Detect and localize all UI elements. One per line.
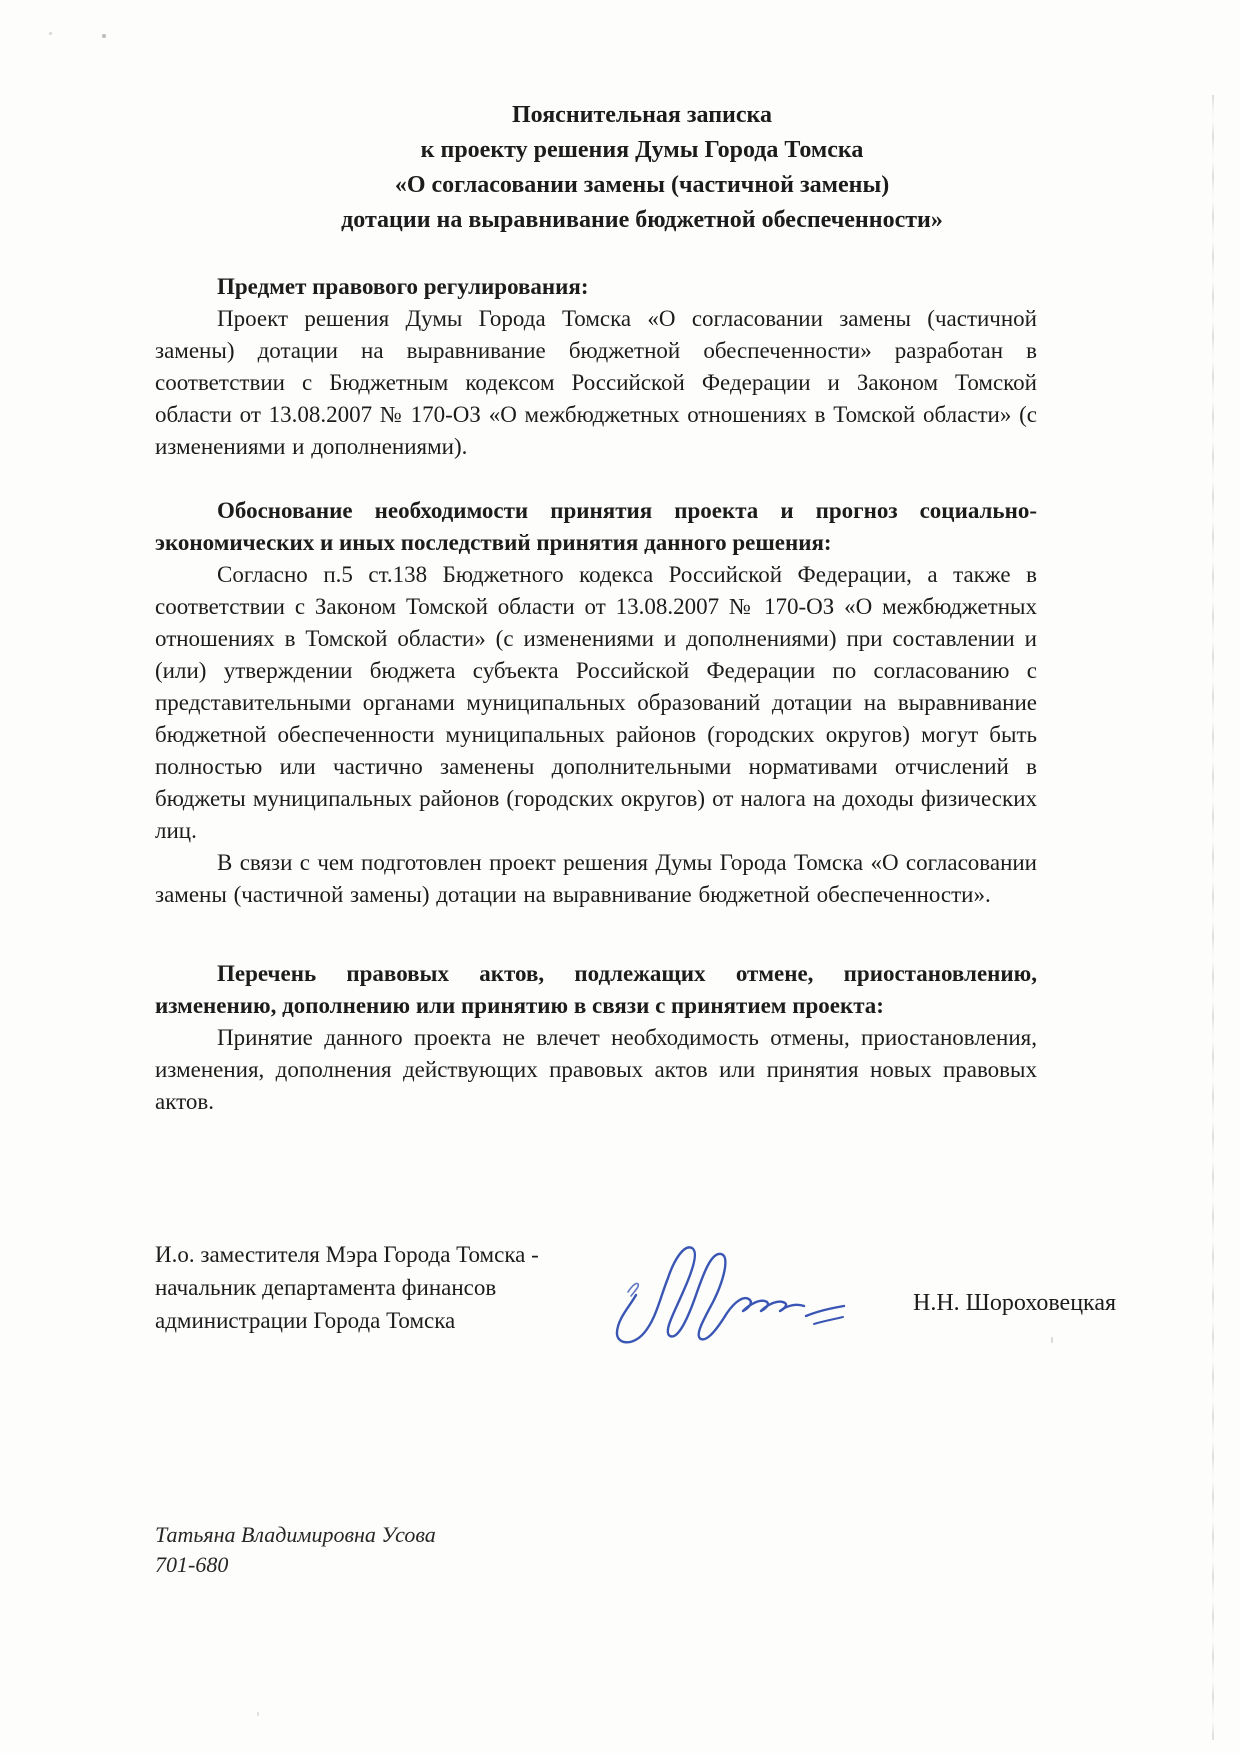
body-paragraph: Принятие данного проекта не влечет необх… [155,1022,1037,1118]
section-heading: Предмет правового регулирования: [155,271,1037,303]
signature-block: И.о. заместителя Мэра Города Томска - на… [155,1238,1037,1337]
section-heading: Обоснование необходимости принятия проек… [155,495,1037,559]
scan-speck [1051,1337,1053,1343]
scan-speck [102,34,106,38]
signer-position-line: администрации Города Томска [155,1304,1037,1337]
executor-contact: Татьяна Владимировна Усова 701-680 [155,1520,1037,1580]
body-paragraph: Проект решения Думы Города Томска «О сог… [155,303,1037,463]
section-heading: Перечень правовых актов, подлежащих отме… [155,958,1037,1022]
document-page: Пояснительная записка к проекту решения … [0,0,1240,1753]
signer-name: Н.Н. Шороховецкая [913,1290,1116,1317]
signature-icon [608,1240,853,1368]
title-line: дотации на выравнивание бюджетной обеспе… [201,203,1083,238]
signer-position-line: И.о. заместителя Мэра Города Томска - [155,1238,1037,1271]
signer-position-line: начальник департамента финансов [155,1271,1037,1304]
document-title: Пояснительная записка к проекту решения … [201,98,1083,238]
scan-artifact-line [1212,95,1214,1740]
section-subject: Предмет правового регулирования: Проект … [155,271,1037,463]
section-acts-list: Перечень правовых актов, подлежащих отме… [155,958,1037,1118]
title-line: к проекту решения Думы Города Томска [201,133,1083,168]
executor-phone: 701-680 [155,1550,1037,1580]
section-justification: Обоснование необходимости принятия проек… [155,495,1037,911]
body-paragraph: Согласно п.5 ст.138 Бюджетного кодекса Р… [155,559,1037,847]
body-paragraph: В связи с чем подготовлен проект решения… [155,847,1037,911]
scan-speck [49,32,52,35]
title-line: «О согласовании замены (частичной замены… [201,168,1083,203]
scan-speck [257,1712,259,1716]
executor-name: Татьяна Владимировна Усова [155,1520,1037,1550]
title-line: Пояснительная записка [201,98,1083,133]
